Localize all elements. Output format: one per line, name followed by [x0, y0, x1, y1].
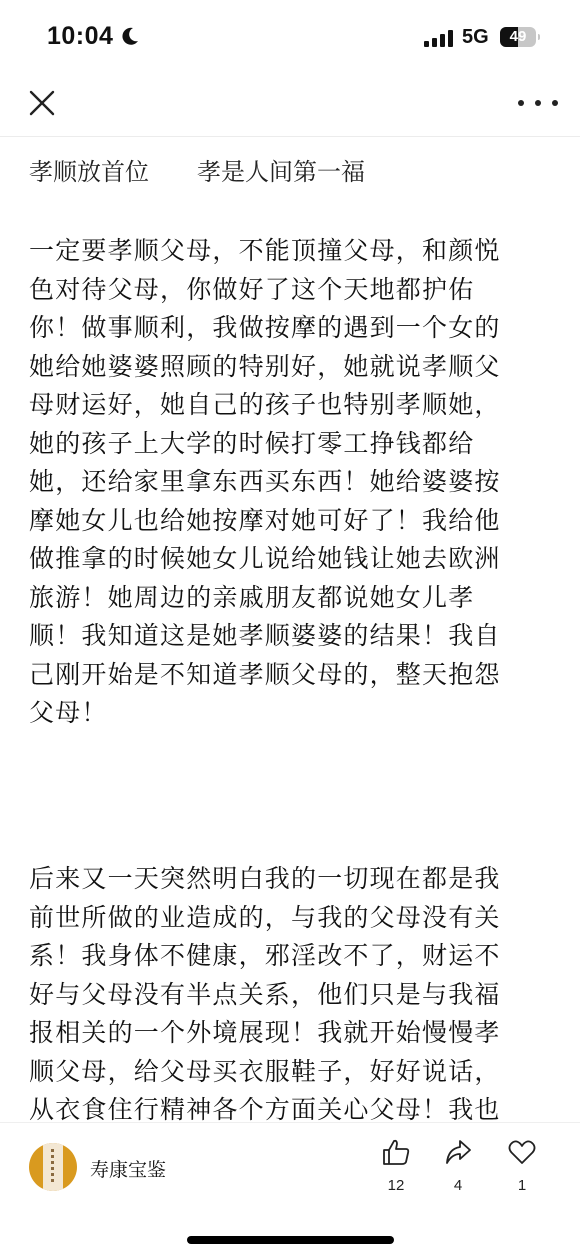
share-icon — [443, 1137, 473, 1167]
text-line: 好与父母没有半点关系，他们只是与我福 — [29, 976, 551, 1015]
article-title: 孝顺放首位 孝是人间第一福 — [29, 152, 365, 187]
text-line: 旅游！她周边的亲戚朋友都说她女儿孝 — [29, 579, 551, 618]
more-button[interactable] — [518, 90, 558, 116]
author-name[interactable]: 寿康宝鉴 — [90, 1155, 166, 1182]
text-line: 系！我身体不健康，邪淫改不了，财运不 — [29, 937, 551, 976]
status-time: 10:04 — [47, 22, 113, 51]
like-count: 12 — [371, 1177, 421, 1194]
text-line: 你！做事顺利，我做按摩的遇到一个女的 — [29, 309, 551, 348]
text-line: 一定要孝顺父母，不能顶撞父母，和颜悦 — [29, 232, 551, 271]
heart-icon — [507, 1137, 537, 1167]
like-button[interactable]: 12 — [371, 1137, 421, 1194]
signal-icon — [424, 30, 453, 47]
author-avatar[interactable] — [29, 1143, 77, 1191]
text-line: 从衣食住行精神各个方面关心父母！我也 — [29, 1091, 551, 1122]
share-button[interactable]: 4 — [433, 1137, 483, 1194]
text-line: 报相关的一个外境展现！我就开始慢慢孝 — [29, 1014, 551, 1053]
share-count: 4 — [433, 1177, 483, 1194]
text-line: 做推拿的时候她女儿说给她钱让她去欧洲 — [29, 540, 551, 579]
battery-tip — [538, 34, 540, 40]
network-type: 5G — [462, 26, 489, 49]
moon-icon — [120, 26, 140, 46]
favorite-count: 1 — [497, 1177, 547, 1194]
text-line: 她的孩子上大学的时候打零工挣钱都给 — [29, 425, 551, 464]
text-line: 她给她婆婆照顾的特别好，她就说孝顺父 — [29, 348, 551, 387]
battery-icon: 49 — [500, 27, 536, 47]
close-button[interactable] — [26, 87, 58, 119]
favorite-button[interactable]: 1 — [497, 1137, 547, 1194]
paragraph-1: 一定要孝顺父母，不能顶撞父母，和颜悦 色对待父母，你做好了这个天地都护佑 你！做… — [29, 232, 551, 733]
thumbs-up-icon — [381, 1137, 411, 1167]
text-line: 前世所做的业造成的，与我的父母没有关 — [29, 899, 551, 938]
text-line: 己刚开始是不知道孝顺父母的，整天抱怨 — [29, 656, 551, 695]
paragraph-2: 后来又一天突然明白我的一切现在都是我 前世所做的业造成的，与我的父母没有关 系！… — [29, 860, 551, 1122]
text-line: 顺！我知道这是她孝顺婆婆的结果！我自 — [29, 617, 551, 656]
close-icon — [26, 87, 58, 119]
text-line: 色对待父母，你做好了这个天地都护佑 — [29, 271, 551, 310]
nav-bar — [0, 70, 580, 137]
text-line: 她，还给家里拿东西买东西！她给婆婆按 — [29, 463, 551, 502]
text-line: 后来又一天突然明白我的一切现在都是我 — [29, 860, 551, 899]
article-content[interactable]: 孝顺放首位 孝是人间第一福 一定要孝顺父母，不能顶撞父母，和颜悦 色对待父母，你… — [0, 137, 580, 1122]
text-line: 顺父母，给父母买衣服鞋子，好好说话， — [29, 1053, 551, 1092]
text-line: 母财运好，她自己的孩子也特别孝顺她， — [29, 386, 551, 425]
text-line: 摩她女儿也给她按摩对她可好了！我给他 — [29, 502, 551, 541]
battery-percent: 49 — [500, 27, 536, 47]
more-icon — [518, 100, 524, 106]
home-indicator[interactable] — [187, 1236, 394, 1244]
text-line: 父母！ — [29, 694, 551, 733]
status-bar: 10:04 5G 49 — [0, 0, 580, 70]
